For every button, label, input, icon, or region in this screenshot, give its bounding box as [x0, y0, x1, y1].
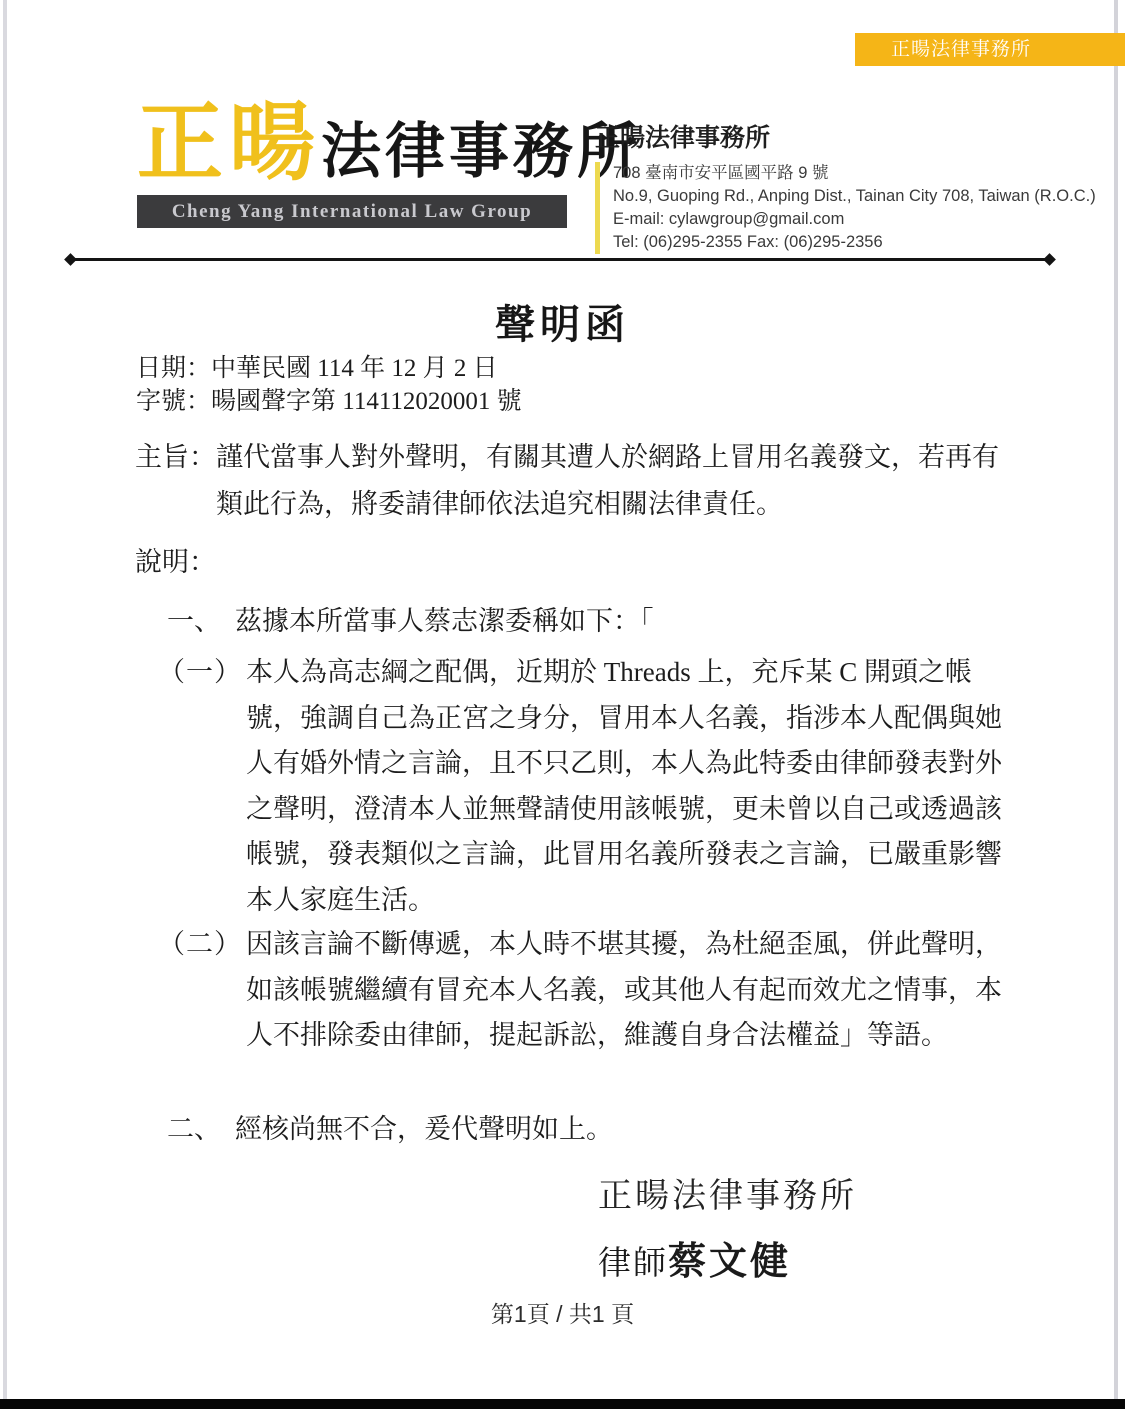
subject-paragraph: 主旨： 謹代當事人對外聲明，有關其遭人於網路上冒用名義發文，若再有類此行為，將委… — [135, 434, 1013, 528]
contact-details: 708 臺南市安平區國平路 9 號 No.9, Guoping Rd., Anp… — [595, 162, 1015, 254]
bottom-black-bar — [0, 1399, 1125, 1409]
contact-block: 正暘法律事務所 708 臺南市安平區國平路 9 號 No.9, Guoping … — [595, 118, 1015, 254]
divider-diamond-right-icon — [1043, 253, 1056, 266]
contact-address-en: No.9, Guoping Rd., Anping Dist., Tainan … — [613, 185, 1015, 208]
divider-line — [75, 258, 1045, 261]
contact-email: E-mail: cylawgroup@gmail.com — [613, 208, 1015, 231]
date-line: 日期：中華民國 114 年 12 月 2 日 — [136, 348, 498, 384]
sub-item-1-text: 本人為高志綱之配偶，近期於 Threads 上，充斥某 C 開頭之帳號，強調自己… — [246, 650, 1020, 923]
divider-diamond-left-icon — [64, 253, 77, 266]
firm-logo: 正暘 法律事務所 Cheng Yang International Law Gr… — [137, 100, 567, 228]
header-divider — [66, 252, 1054, 266]
contact-tel-fax: Tel: (06)295-2355 Fax: (06)295-2356 — [613, 231, 1015, 254]
list-item-1-text: 茲據本所當事人蔡志潔委稱如下：「 — [235, 598, 1027, 644]
signature-name: 蔡文健 — [668, 1230, 791, 1285]
sub-item-1-marker: （一） — [158, 650, 242, 696]
list-item-2-marker: 二、 — [167, 1106, 221, 1152]
contact-firm-name: 正暘法律事務所 — [595, 118, 1015, 154]
corner-banner: 正暘法律事務所 — [855, 33, 1125, 66]
sub-item-1: （一） 本人為高志綱之配偶，近期於 Threads 上，充斥某 C 開頭之帳號，… — [158, 650, 1020, 923]
list-item-1-marker: 一、 — [167, 598, 221, 644]
signature-role: 律師 — [598, 1237, 668, 1284]
list-item-1: 一、 茲據本所當事人蔡志潔委稱如下：「 — [167, 598, 1027, 644]
logo-suffix-characters: 法律事務所 — [321, 122, 641, 186]
signature-firm: 正暘法律事務所 — [598, 1168, 857, 1217]
page-edge-left — [3, 0, 7, 1409]
subject-text: 謹代當事人對外聲明，有關其遭人於網路上冒用名義發文，若再有類此行為，將委請律師依… — [216, 434, 1013, 528]
sub-item-2-marker: （二） — [158, 922, 242, 968]
sub-item-2-text: 因該言論不斷傳遞，本人時不堪其擾，為杜絕歪風，併此聲明，如該帳號繼續有冒充本人名… — [246, 922, 1020, 1059]
explanation-label: 說明： — [135, 540, 216, 579]
contact-address-zh: 708 臺南市安平區國平路 9 號 — [613, 162, 1015, 185]
page-number-indicator: 第1頁 / 共1 頁 — [0, 1296, 1125, 1329]
logo-brand-characters: 正暘 — [137, 100, 321, 186]
page-edge-right — [1114, 0, 1118, 1409]
list-item-2-text: 經核尚無不合，爰代聲明如上。 — [235, 1106, 1027, 1152]
logo-english-bar: Cheng Yang International Law Group — [137, 195, 567, 228]
list-item-2: 二、 經核尚無不合，爰代聲明如上。 — [167, 1106, 1027, 1152]
reference-number-line: 字號：暘國聲字第 114112020001 號 — [136, 381, 522, 417]
signature-line: 律師 蔡文健 — [598, 1230, 791, 1285]
subject-label: 主旨： — [135, 434, 216, 481]
firm-logo-chinese: 正暘 法律事務所 — [137, 100, 567, 186]
sub-item-2: （二） 因該言論不斷傳遞，本人時不堪其擾，為杜絕歪風，併此聲明，如該帳號繼續有冒… — [158, 922, 1020, 1059]
statement-letter-page: 正暘法律事務所 正暘 法律事務所 Cheng Yang Internationa… — [0, 0, 1125, 1409]
document-title: 聲明函 — [0, 293, 1125, 350]
